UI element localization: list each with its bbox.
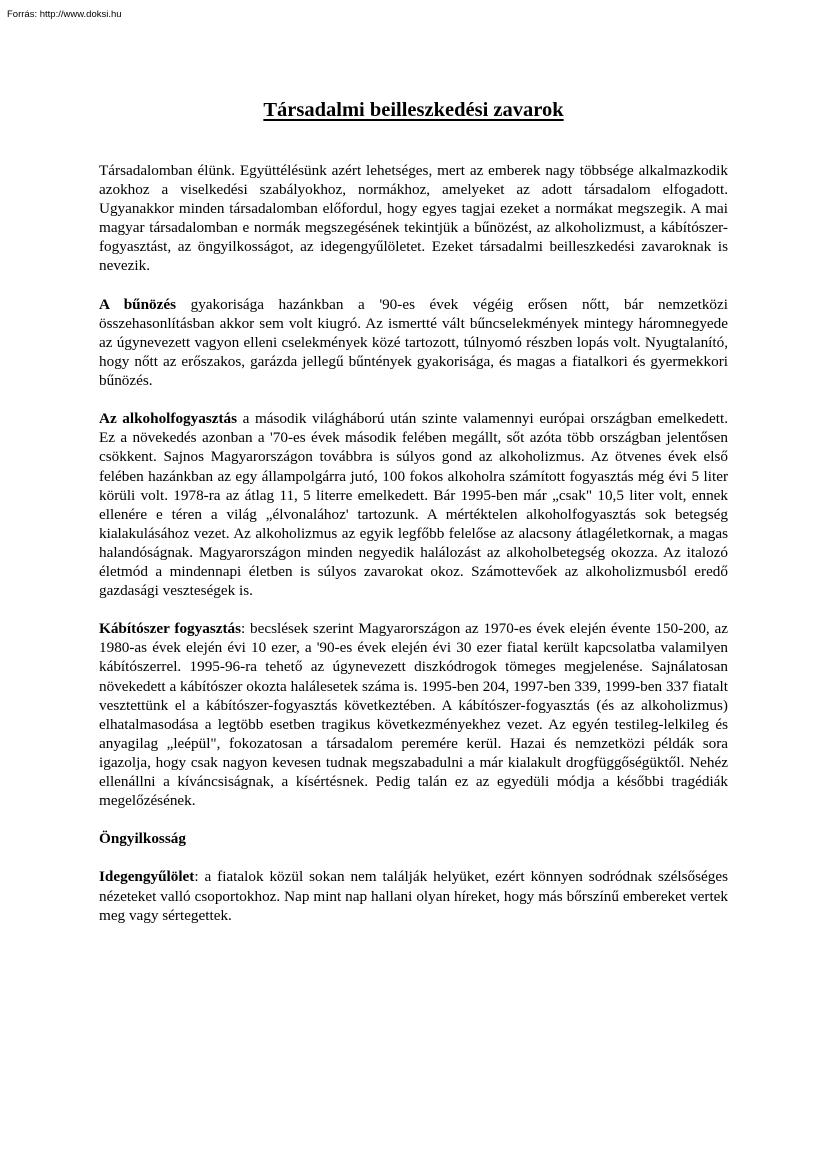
paragraph-text: Társadalomban élünk. Együttélésünk azért… — [99, 162, 728, 274]
paragraph-drugs: Kábítószer fogyasztás: becslések szerint… — [99, 619, 728, 810]
paragraph-lead: Kábítószer fogyasztás — [99, 620, 241, 637]
source-note: Forrás: http://www.doksi.hu — [7, 9, 122, 20]
paragraph-lead: A bűnözés — [99, 296, 176, 313]
paragraph-text: a második világháború után szinte valame… — [99, 410, 728, 599]
paragraph-text: : a fiatalok közül sokan nem találják he… — [99, 868, 728, 923]
paragraph-suicide: Öngyilkosság — [99, 829, 728, 848]
paragraph-xenophobia: Idegengyűlölet: a fiatalok közül sokan n… — [99, 867, 728, 924]
paragraph-crime: A bűnözés gyakorisága hazánkban a '90-es… — [99, 295, 728, 390]
paragraph-lead: Az alkoholfogyasztás — [99, 410, 237, 427]
paragraph-text: gyakorisága hazánkban a '90-es évek végé… — [99, 296, 728, 389]
document-title: Társadalmi beilleszkedési zavarok — [0, 99, 827, 122]
document-body: Társadalomban élünk. Együttélésünk azért… — [99, 161, 728, 944]
paragraph-alcohol: Az alkoholfogyasztás a második világhábo… — [99, 409, 728, 600]
paragraph-lead: Öngyilkosság — [99, 830, 186, 847]
paragraph-text: : becslések szerint Magyarországon az 19… — [99, 620, 728, 809]
paragraph-intro: Társadalomban élünk. Együttélésünk azért… — [99, 161, 728, 276]
paragraph-lead: Idegengyűlölet — [99, 868, 194, 885]
